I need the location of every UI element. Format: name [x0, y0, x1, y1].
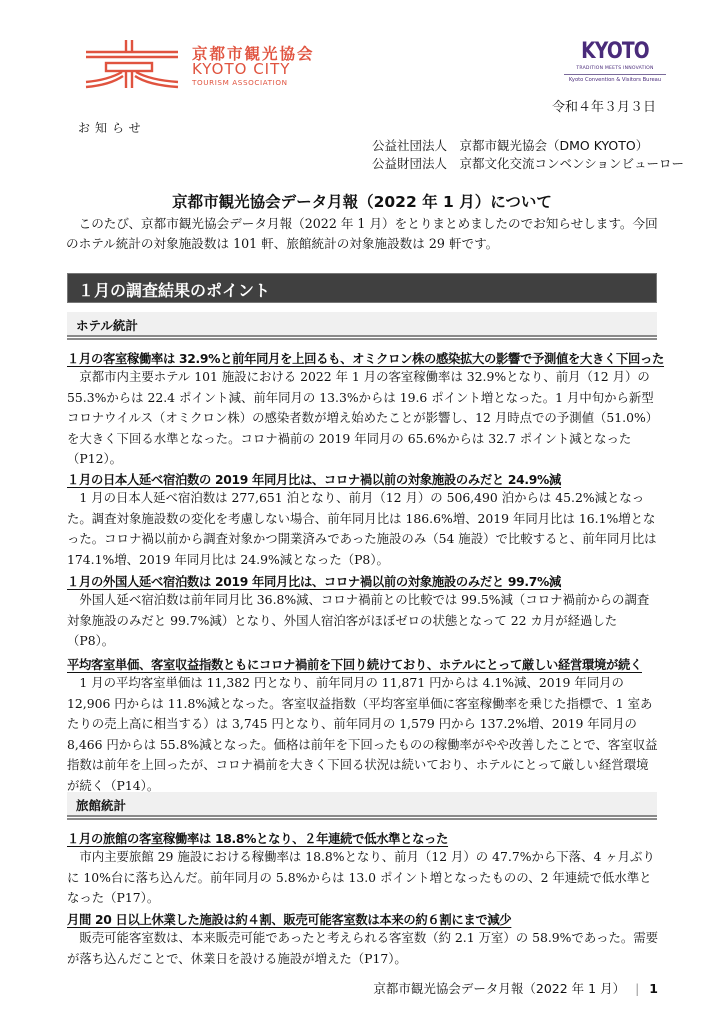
- document-title: 京都市観光協会データ月報（2022 年 1 月）について: [0, 190, 724, 212]
- point-body: 1 月の平均客室単価は 11,382 円となり、前年同月の 11,871 円から…: [67, 673, 659, 797]
- double-rule-divider: [67, 815, 657, 820]
- subsection-title: ホテル統計: [76, 316, 138, 334]
- kyoto-tagline: TRADITION MEETS INNOVATION: [560, 66, 670, 71]
- double-rule-divider: [67, 335, 657, 340]
- footer-separator: |: [635, 981, 639, 996]
- section-title: １月の調査結果のポイント: [78, 278, 270, 301]
- subsection-header-ryokan: 旅館統計: [67, 792, 657, 816]
- point-heading: １月の外国人延べ宿泊数は 2019 年同月比は、コロナ禍以前の対象施設のみだと …: [67, 572, 561, 590]
- document-date: 令和４年３月３日: [552, 96, 656, 115]
- point-heading: 月間 20 日以上休業した施設は約４割、販売可能客室数は本来の約６割にまで減少: [67, 910, 511, 928]
- kyoto-convention-bureau-logo: KYOTO TRADITION MEETS INNOVATION Kyoto C…: [560, 40, 670, 96]
- kyoto-bureau-name: Kyoto Convention & Visitors Bureau: [560, 77, 670, 83]
- section-header-bar: １月の調査結果のポイント: [67, 273, 657, 303]
- subsection-title: 旅館統計: [76, 796, 126, 814]
- point-heading: １月の客室稼働率は 32.9%と前年同月を上回るも、オミクロン株の感染拡大の影響…: [67, 349, 664, 367]
- logo-name-en: KYOTO CITY: [192, 60, 290, 78]
- kyoto-city-tourism-association-logo: 京都市観光協会 KYOTO CITY TOURISM ASSOCIATION: [82, 38, 342, 90]
- kyoto-kyo-character-logo-icon: [82, 38, 182, 90]
- logo-divider: [564, 74, 666, 75]
- intro-paragraph: このたび、京都市観光協会データ月報（2022 年 1 月）をとりまとめましたので…: [66, 214, 658, 254]
- page-number: 1: [649, 981, 658, 996]
- page-footer: 京都市観光協会データ月報（2022 年 1 月）|1: [373, 979, 658, 997]
- point-heading: 平均客室単価、客室収益指数ともにコロナ禍前を下回り続けており、ホテルにとって厳し…: [67, 655, 642, 673]
- point-heading: １月の日本人延べ宿泊数の 2019 年同月比は、コロナ禍以前の対象施設のみだと …: [67, 470, 561, 488]
- point-heading: １月の旅館の客室稼働率は 18.8%となり、２年連続で低水準となった: [67, 829, 448, 847]
- issuer-1: 公益社団法人 京都市観光協会（DMO KYOTO）: [372, 136, 648, 154]
- kyoto-wordmark: KYOTO: [568, 40, 662, 64]
- footer-title: 京都市観光協会データ月報（2022 年 1 月）: [373, 981, 625, 996]
- point-body: 外国人延べ宿泊数は前年同月比 36.8%減、コロナ禍前との比較では 99.5%減…: [67, 590, 659, 652]
- subsection-header-hotel: ホテル統計: [67, 312, 657, 336]
- issuer-2: 公益財団法人 京都文化交流コンベンションビューロー: [372, 154, 684, 172]
- notice-label: お知らせ: [78, 119, 146, 136]
- point-body: 京都市内主要ホテル 101 施設における 2022 年 1 月の客室稼働率は 3…: [67, 367, 659, 470]
- point-body: 1 月の日本人延べ宿泊数は 277,651 泊となり、前月（12 月）の 506…: [67, 488, 659, 570]
- point-body: 市内主要旅館 29 施設における稼働率は 18.8%となり、前月（12 月）の …: [67, 847, 659, 909]
- point-body: 販売可能客室数は、本来販売可能であったと考えられる客室数（約 2.1 万室）の …: [67, 928, 659, 969]
- logo-name-en-sub: TOURISM ASSOCIATION: [192, 78, 288, 87]
